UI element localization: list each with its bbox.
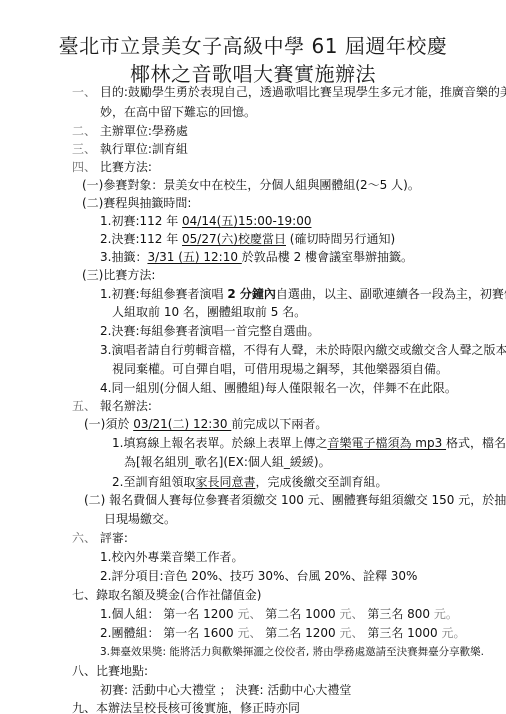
executor-text: 執行單位:訓育組 bbox=[100, 142, 188, 156]
registration-deadline: (一)須於 03/21(二) 12:30 前完成以下兩者。 bbox=[84, 416, 327, 432]
section-heading: 錄取名額及獎金(合作社儲值金) bbox=[96, 588, 261, 602]
section-heading: 比賽方法: bbox=[100, 160, 152, 174]
prize-group: 2.團體組： 第一名 1600 元、 第二名 1200 元、 第三名 1000 … bbox=[100, 625, 466, 641]
section-marker: 三、 bbox=[72, 142, 96, 156]
section-marker: 二、 bbox=[72, 124, 96, 138]
method-prelim-cont: 人組取前 10 名，團體組取前 5 名。 bbox=[112, 304, 306, 320]
purpose-text: 目的:鼓勵學生勇於表現自己，透過歌唱比賽呈現學生多元才能，推廣音樂的美 bbox=[100, 85, 506, 99]
section-marker: 五、 bbox=[72, 399, 96, 413]
section-6: 六、 評審: bbox=[72, 530, 128, 546]
judges-item: 1.校內外專業音樂工作者。 bbox=[100, 549, 243, 565]
organizer-text: 主辦單位:學務處 bbox=[100, 124, 188, 138]
prize-individual: 1.個人組： 第一名 1200 元、 第二名 1000 元、 第三名 800 元… bbox=[100, 606, 458, 622]
section-5: 五、 報名辦法: bbox=[72, 398, 152, 414]
section-heading: 比賽地點: bbox=[96, 664, 148, 678]
schedule-final: 2.決賽:112 年 05/27(六)校慶當日 (確切時間另行通知) bbox=[100, 231, 395, 247]
method-heading: (三)比賽方法: bbox=[82, 267, 155, 283]
consent-form: 家長同意書 bbox=[195, 475, 255, 489]
mp3-requirement: 音樂電子檔須為 mp3 bbox=[327, 436, 446, 450]
registration-fee: (二) 報名費個人賽每位參賽者須繳交 100 元、團體賽每組須繳交 150 元，… bbox=[84, 492, 506, 508]
section-4: 四、 比賽方法: bbox=[72, 159, 152, 175]
section-marker: 六、 bbox=[72, 531, 96, 545]
method-limit: 4.同一組別(分個人組、團體組)每人僅限報名一次，伴舞不在此限。 bbox=[100, 380, 457, 396]
method-prelim: 1.初賽:每組參賽者演唱 2 分鐘內自選曲，以主、副歌連續各一段為主，初賽個 bbox=[100, 286, 506, 302]
prelim-date: 04/14(五)15:00-19:00 bbox=[182, 214, 311, 228]
eligibility-text: (一)參賽對象：景美女中在校生，分個人組與團體組(2～5 人)。 bbox=[82, 177, 420, 193]
registration-filename: 為[報名組別_歌名](EX:個人組_緩緩)。 bbox=[124, 454, 331, 470]
final-date: 05/27(六)校慶當日 bbox=[182, 232, 286, 246]
section-marker: 四、 bbox=[72, 160, 96, 174]
draw-date: 3/31 (五) 12:10 bbox=[147, 250, 241, 264]
method-audio: 3.演唱者請自行剪輯音檔，不得有人聲，未於時限內繳交或繳交含人聲之版本皆 bbox=[100, 342, 506, 358]
document-title: 臺北市立景美女子高級中學 61 屆週年校慶 bbox=[0, 30, 506, 59]
section-heading: 報名辦法: bbox=[100, 399, 152, 413]
schedule-prelim: 1.初賽:112 年 04/14(五)15:00-19:00 bbox=[100, 213, 311, 229]
purpose-text-cont: 妙，在高中留下難忘的回憶。 bbox=[100, 104, 256, 120]
registration-fee-cont: 日現場繳交。 bbox=[104, 511, 176, 527]
schedule-draw: 3.抽籤：3/31 (五) 12:10 於敦品樓 2 樓會議室舉辦抽籤。 bbox=[100, 249, 413, 265]
venue-text: 初賽: 活動中心大禮堂 ； 決賽: 活動中心大禮堂 bbox=[100, 682, 351, 698]
time-limit: 2 分鐘內 bbox=[227, 287, 276, 301]
section-3: 三、 執行單位:訓育組 bbox=[72, 141, 188, 157]
prize-stage-effect: 3.舞臺效果獎: 能將活力與歡樂揮灑之佼佼者, 將由學務處邀請至決賽舞臺分享歡樂… bbox=[100, 644, 484, 660]
scoring-item: 2.評分項目:音色 20%、技巧 30%、台風 20%、詮釋 30% bbox=[100, 568, 417, 584]
section-1: 一、 目的:鼓勵學生勇於表現自己，透過歌唱比賽呈現學生多元才能，推廣音樂的美 bbox=[72, 84, 506, 100]
method-audio-cont: 視同棄權。可自彈自唱，可借用現場之鋼琴，其他樂器須自備。 bbox=[112, 361, 448, 377]
section-marker: 九、 bbox=[72, 701, 96, 714]
section-marker: 一、 bbox=[72, 85, 96, 99]
section-7: 七、錄取名額及獎金(合作社儲值金) bbox=[72, 587, 261, 603]
schedule-heading: (二)賽程與抽籤時間: bbox=[82, 195, 191, 211]
section-2: 二、 主辦單位:學務處 bbox=[72, 123, 188, 139]
section-marker: 八、 bbox=[72, 664, 96, 678]
section-9: 九、本辦法呈校長核可後實施，修正時亦同 bbox=[72, 700, 300, 714]
section-marker: 七、 bbox=[72, 588, 96, 602]
document-subtitle: 椰林之音歌唱大賽實施辦法 bbox=[0, 58, 506, 87]
registration-consent: 2.至訓育組領取家長同意書，完成後繳交至訓育組。 bbox=[112, 474, 387, 490]
method-final: 2.決賽:每組參賽者演唱一首完整自選曲。 bbox=[100, 323, 320, 339]
registration-form: 1.填寫線上報名表單。於線上表單上傳之音樂電子檔須為 mp3 格式，檔名 bbox=[112, 435, 506, 451]
section-8: 八、比賽地點: bbox=[72, 663, 148, 679]
approval-text: 本辦法呈校長核可後實施，修正時亦同 bbox=[96, 701, 300, 714]
deadline-date: 03/21(二) 12:30 bbox=[133, 417, 231, 431]
section-heading: 評審: bbox=[100, 531, 128, 545]
